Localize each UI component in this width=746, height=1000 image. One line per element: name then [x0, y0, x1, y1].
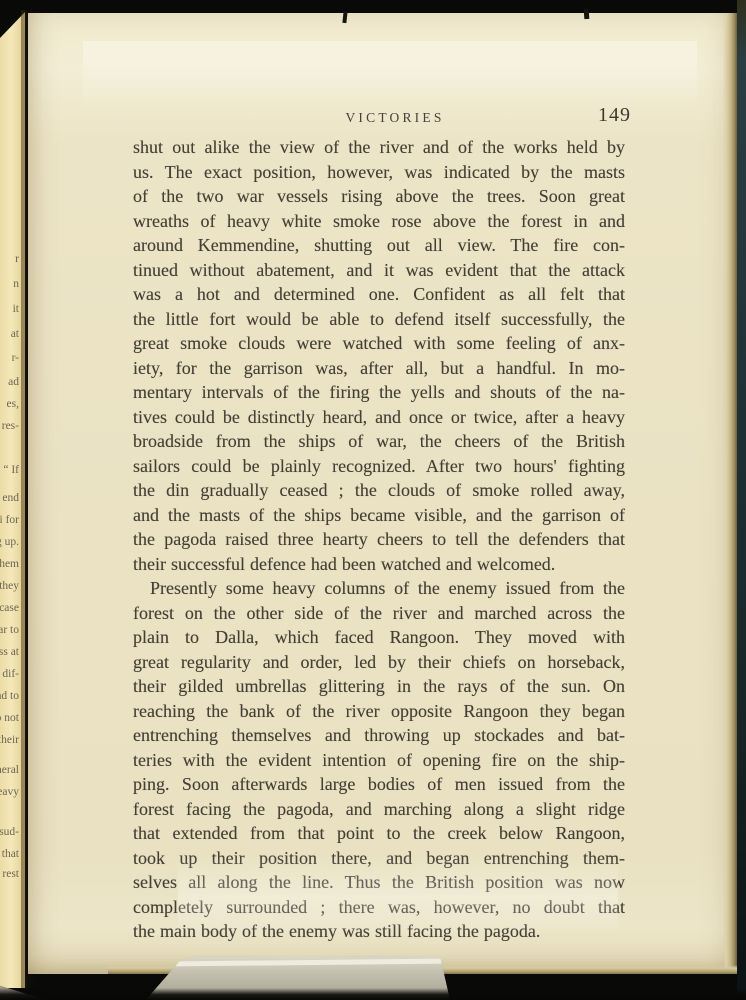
paragraph: Presently some heavy columns of the enem…: [133, 576, 625, 944]
text-line: and the masts of the ships became visibl…: [133, 503, 625, 528]
text-line: broadside from the ships of war, the che…: [133, 429, 625, 454]
scan-artifact-mark: [584, 9, 590, 19]
text-line: tives could be distinctly heard, and onc…: [133, 405, 625, 430]
text-line: their gilded umbrellas glittering in the…: [133, 674, 625, 699]
page-header: VICTORIES 149: [133, 96, 625, 132]
text-line: shut out alike the view of the river and…: [133, 135, 625, 160]
text-line: teries with the evident intention of ope…: [133, 748, 625, 773]
text-line: sailors could be plainly recognized. Aft…: [133, 454, 625, 479]
facing-page-text-fragment: neral: [0, 764, 19, 776]
facing-page-text-fragment: eavy: [0, 786, 19, 798]
text-line: entrenching themselves and throwing up s…: [133, 723, 625, 748]
text-line: mentary intervals of the firing the yell…: [133, 380, 625, 405]
facing-page-text-fragment: rest: [2, 868, 19, 880]
facing-page-text-fragment: i for: [0, 514, 19, 526]
facing-page-text-fragment: case: [0, 602, 19, 614]
facing-page-text-fragment: their: [0, 734, 19, 746]
text-line: the main body of the enemy was still fac…: [133, 919, 625, 944]
page-body-text: shut out alike the view of the river and…: [133, 135, 625, 944]
text-line: of the two war vessels rising above the …: [133, 184, 625, 209]
text-line: forest on the other side of the river an…: [133, 601, 625, 626]
stacked-page-edges-right: [723, 13, 737, 974]
text-line: around Kemmendine, shutting out all view…: [133, 233, 625, 258]
facing-page-text-fragment: res-: [2, 420, 19, 432]
facing-page-text-fragment: “ If: [3, 464, 19, 476]
text-line: great smoke clouds were watched with som…: [133, 331, 625, 356]
text-line: the din gradually ceased ; the clouds of…: [133, 478, 625, 503]
facing-page-text-fragment: that: [2, 848, 19, 860]
facing-page-text-fragment: end: [2, 492, 19, 504]
text-line: completely surrounded ; there was, howev…: [133, 895, 625, 920]
facing-page-text-fragment: ad: [8, 376, 19, 388]
scan-artifact-mark: [342, 11, 347, 23]
text-line: their successful defence had been watche…: [133, 552, 625, 577]
text-line: took up their position there, and began …: [133, 846, 625, 871]
facing-page-text-fragment: lad to: [0, 690, 19, 702]
facing-page-text-fragment: g up.: [0, 536, 19, 548]
text-line: wreaths of heavy white smoke rose above …: [133, 209, 625, 234]
text-line: was a hot and determined one. Confident …: [133, 282, 625, 307]
text-line: the pagoda raised three hearty cheers to…: [133, 527, 625, 552]
facing-page-text-fragment: a dif-: [0, 668, 19, 680]
book-scan-photo: rnitatr-ades,res-“ Ifendi forg up.themth…: [0, 0, 746, 1000]
running-title: VICTORIES: [345, 110, 444, 126]
page-number: 149: [598, 104, 631, 127]
text-line: reaching the bank of the river opposite …: [133, 699, 625, 724]
text-line: us. The exact position, however, was ind…: [133, 160, 625, 185]
facing-page-text-fragment: r-: [12, 352, 19, 364]
facing-page-text-fragment: it: [13, 303, 19, 315]
facing-page-text-fragment: war to: [0, 624, 19, 636]
facing-page-text-fragment: o not: [0, 712, 19, 724]
book-cover-edge: [737, 0, 746, 1000]
facing-page-text-fragment: r: [15, 253, 19, 265]
text-line: forest facing the pagoda, and marching a…: [133, 797, 625, 822]
text-line: iety, for the garrison was, after all, b…: [133, 356, 625, 381]
background-shadow: [0, 988, 746, 1000]
book-page: VICTORIES 149 shut out alike the view of…: [28, 13, 737, 974]
facing-page-text-fragment: they: [0, 580, 19, 592]
text-line: selves all along the line. Thus the Brit…: [133, 870, 625, 895]
text-line: great regularity and order, led by their…: [133, 650, 625, 675]
text-line: the little fort would be able to defend …: [133, 307, 625, 332]
text-line: ping. Soon afterwards large bodies of me…: [133, 772, 625, 797]
facing-page-text-fragment: n: [13, 278, 19, 290]
facing-page-text-fragment: es,: [7, 398, 19, 410]
text-line: plain to Dalla, which faced Rangoon. The…: [133, 625, 625, 650]
facing-page-text-fragment: at: [11, 328, 19, 340]
text-line: that extended from that point to the cre…: [133, 821, 625, 846]
facing-page-text-fragment: them: [0, 558, 19, 570]
facing-page-text-fragment: loss at: [0, 646, 19, 658]
text-line: tinued without abatement, and it was evi…: [133, 258, 625, 283]
paragraph: shut out alike the view of the river and…: [133, 135, 625, 576]
facing-page-text-fragment: sud-: [0, 826, 19, 838]
text-line: Presently some heavy columns of the enem…: [133, 576, 625, 601]
